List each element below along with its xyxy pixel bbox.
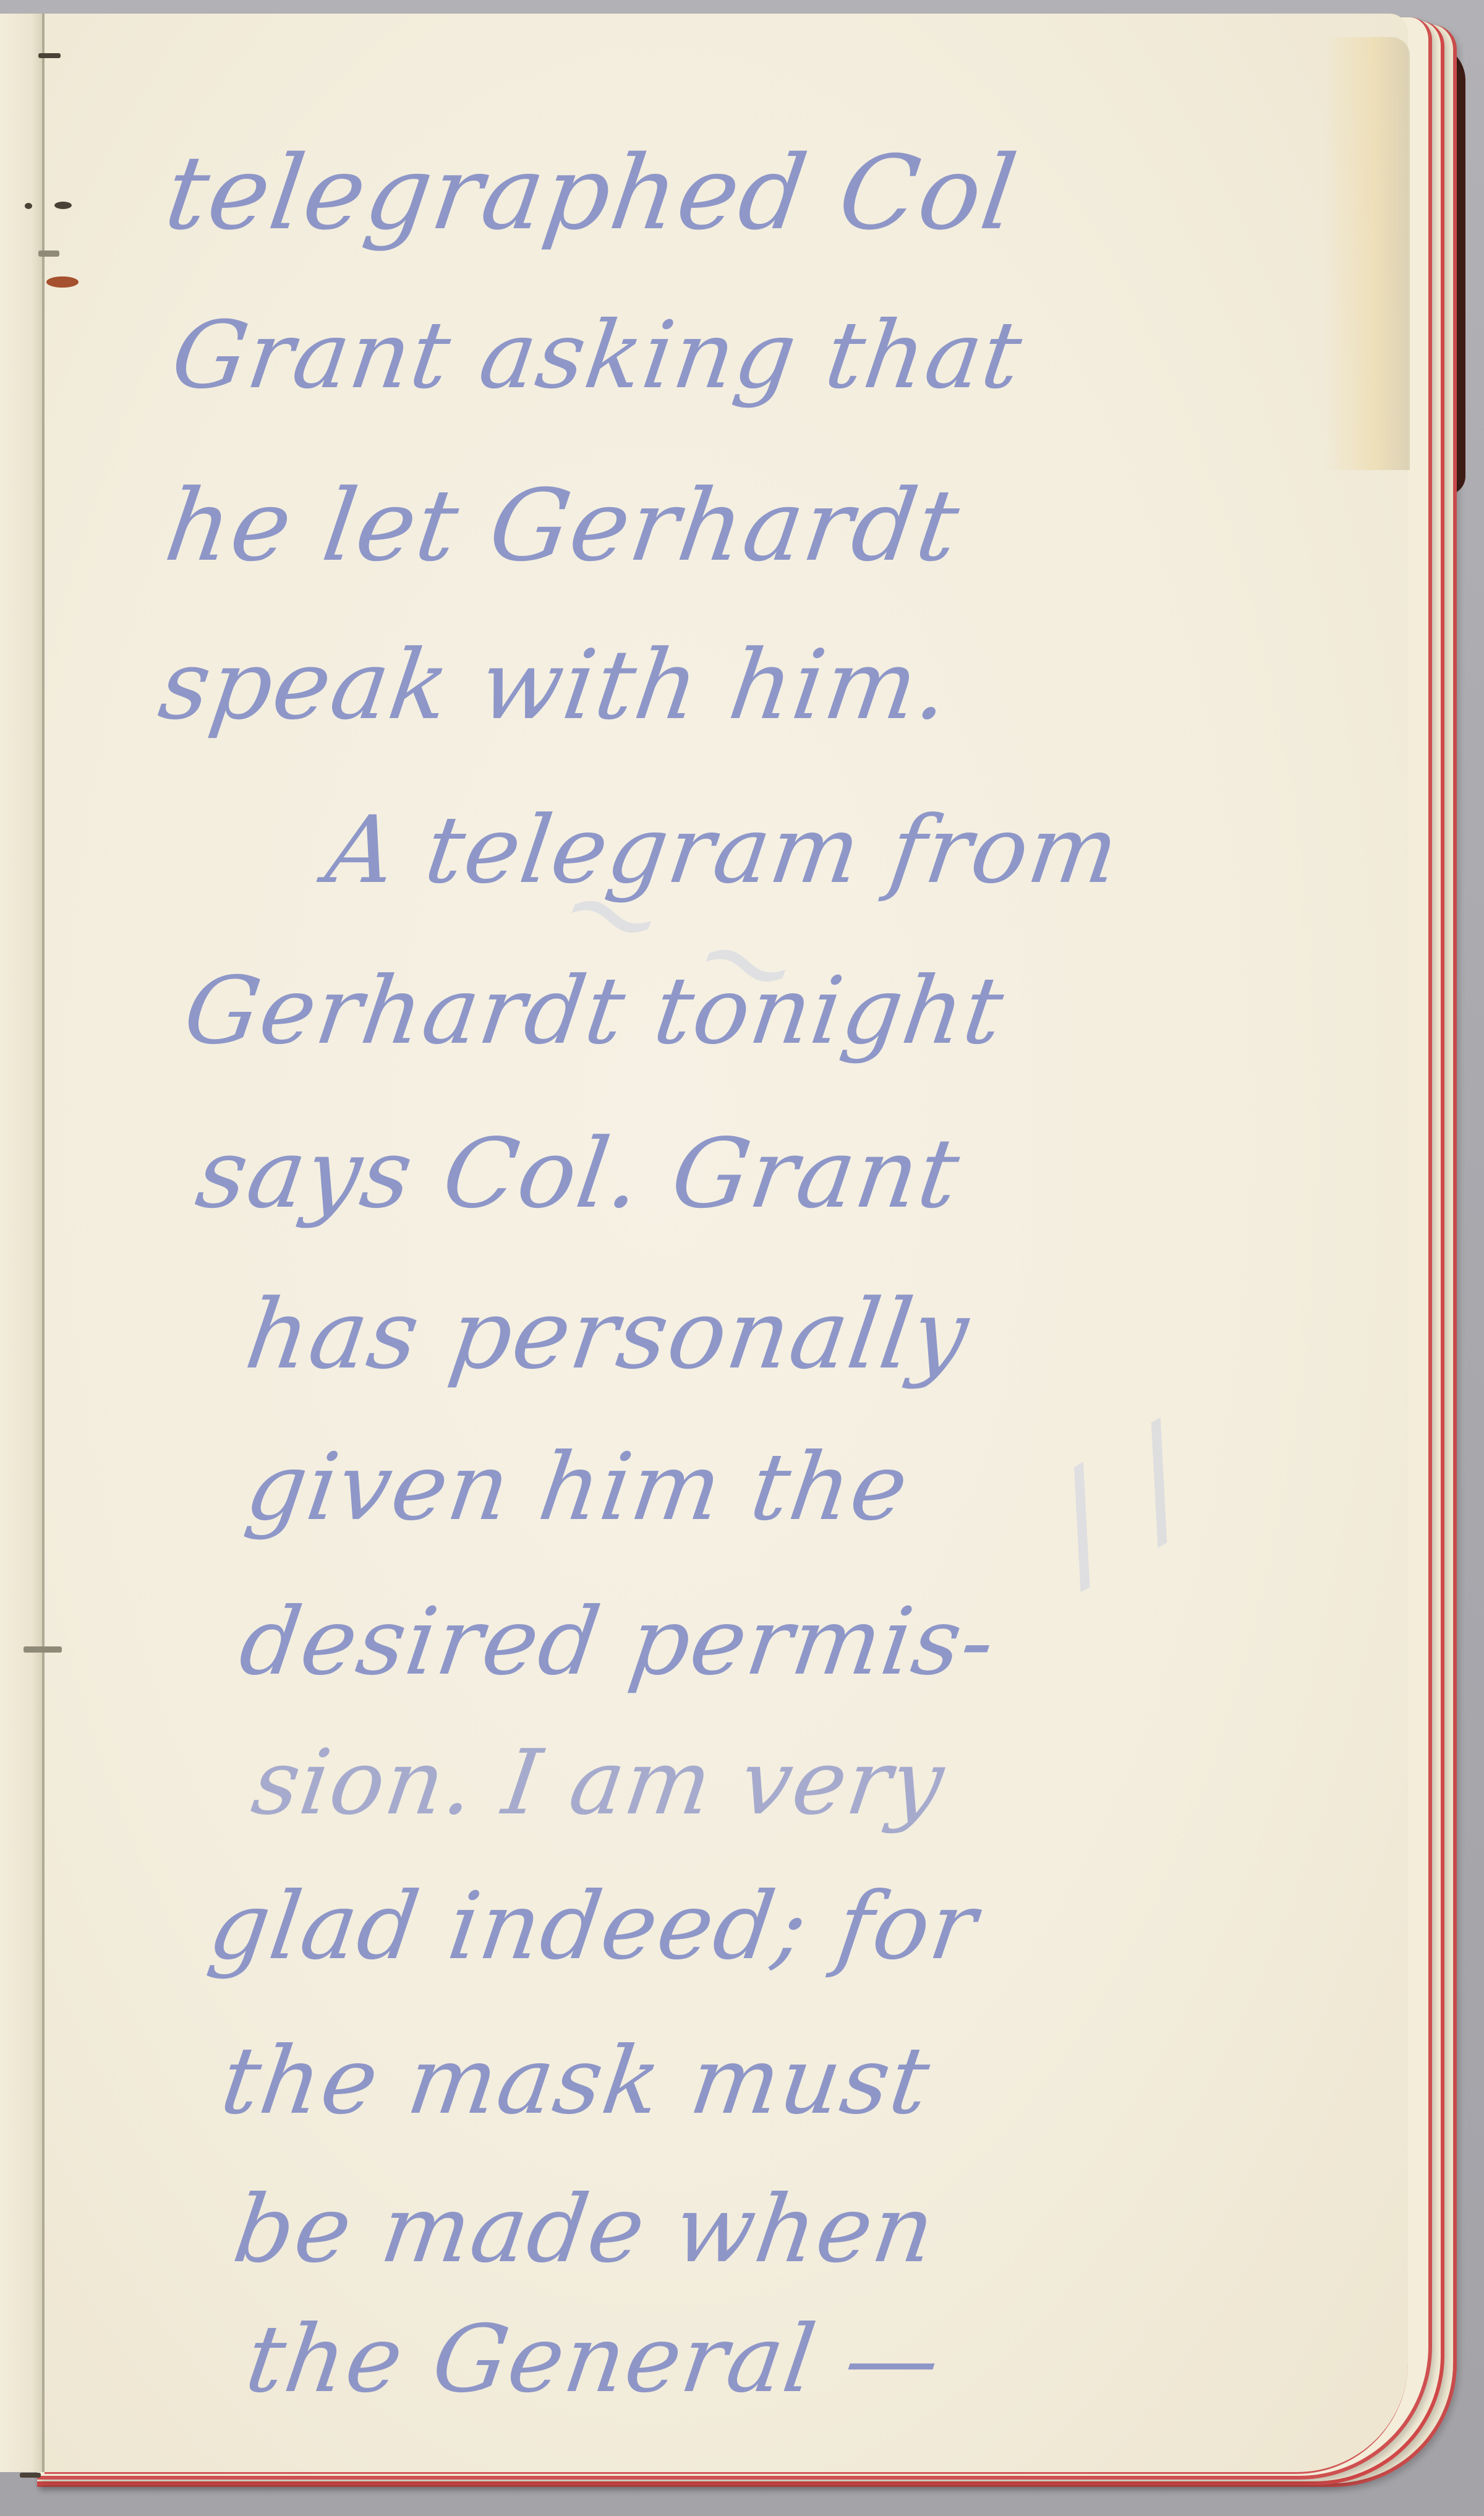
binding-stitch [38,53,61,58]
handwriting-line: Grant asking that [166,309,1028,402]
handwriting-line: A telegram from [321,804,1125,897]
binding-stitch [25,203,32,209]
facing-page-strip [0,14,45,2472]
binding-stitch [20,2473,41,2478]
handwriting-line: the mask must [216,2035,936,2128]
gutter-fold [42,14,45,2472]
handwriting-line: be made when [228,2183,940,2276]
binding-stitch [54,202,72,209]
binding-stitch [38,250,59,257]
worn-page-edge [1323,37,1410,470]
handwriting-line: he let Gerhardt [160,476,966,575]
handwriting-line: Gerhardt tonight [179,965,1009,1058]
handwriting-line: desired permis- [234,1596,1000,1688]
handwriting-line: glad indeed; for [203,1880,983,1973]
handwriting-line: sion. I am very [247,1738,950,1828]
rust-stain [46,276,79,288]
handwriting-line: has personally [241,1286,975,1382]
handwriting-line: speak with him. [154,637,956,733]
handwriting-line: telegraphed Col [160,142,1023,244]
handwriting-line: the General — [241,2313,946,2406]
handwriting-line: given him the [241,1441,914,1534]
handwriting-line: says Col. Grant [191,1126,966,1222]
binding-stitch [23,1646,62,1653]
